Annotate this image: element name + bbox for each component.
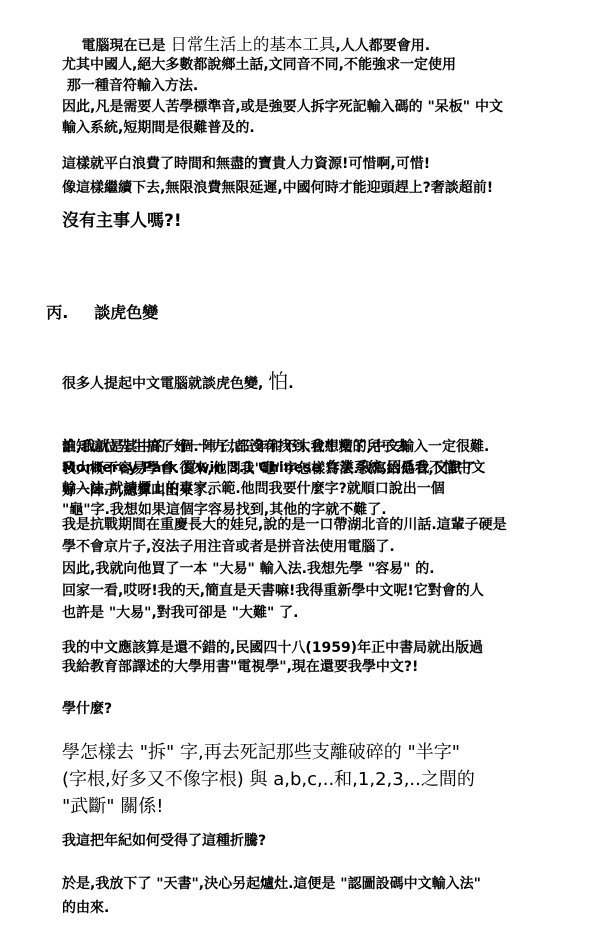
intro-segment-3: ,人人都要會用. [335, 38, 430, 54]
paragraph-dialects: 尤其中國人,絕大多數都說鄉土話,文同音不同,不能強求一定使用 那一種音符輸入方法… [62, 55, 503, 139]
text-line: 尤其中國人,絕大多數都說鄉土話,文同音不同,不能強求一定使用 [62, 55, 503, 76]
fear-big-char: 怕 [268, 369, 288, 393]
paragraph-chinese-level: 我的中文應該算是還不錯的,民國四十八(1959)年正中書局就出版過我給教育部譯述… [62, 639, 483, 677]
text-line: "武斷" 關係! [62, 793, 475, 820]
text-line: 回家一看,哎呀!我的天,簡直是天書嘛!我得重新學中文呢!它對會的人 [62, 580, 507, 602]
text-line: 我給教育部譯述的大學用書"電視學",現在還要我學中文?! [62, 658, 483, 677]
paragraph-turtle: 誰知這位先生搞了好一陣子,都沒有找到.我想糟了,中文輸入一定很難.我大概不容易學… [62, 436, 489, 502]
text-line: 我是抗戰期間在重慶長大的娃兒,說的是一口帶湖北音的川話.這輩子硬是 [62, 514, 507, 536]
paragraph-chongqing: 我是抗戰期間在重慶長大的娃兒,說的是一口帶湖北音的川話.這輩子硬是學不會京片子,… [62, 514, 507, 624]
fear-segment-1: 很多人提起中文電腦就談虎色變, [62, 376, 268, 392]
document-page: 電腦現在已是 日常生活上的基本工具,人人都要會用. 尤其中國人,絕大多數都說鄉土… [0, 0, 607, 928]
text-line: 好一陣子,總算叫出來了. [62, 480, 489, 502]
text-line: 因此,凡是需要人苦學標準音,或是強要人拆字死記輸入碼的 "呆板" 中文 [62, 97, 503, 118]
paragraph-no-leader: 沒有主事人嗎?! [62, 211, 182, 232]
text-line: 學不會京片子,沒法子用注音或者是拼音法使用電腦了. [62, 536, 507, 558]
text-line: 我大概不容易學會.後來,他問我"龜"字怎樣寫法.我寫給他看,又試了 [62, 458, 489, 480]
paragraph-waste: 這樣就平白浪費了時間和無盡的寶貴人力資源!可惜啊,可惜!像這樣繼續下去,無限浪費… [62, 152, 493, 200]
text-line: 也許是 "大易",對我可卻是 "大難" 了. [62, 602, 507, 624]
text-line: 很多人提起中文電腦就談虎色變, 怕. [62, 371, 485, 395]
text-line: 我的中文應該算是還不錯的,民國四十八(1959)年正中書局就出版過 [62, 639, 483, 658]
text-line: 於是,我放下了 "天書",決心另起爐灶.這便是 "認圖設碼中文輸入法" [62, 872, 481, 896]
text-line: 的由來. [62, 896, 481, 920]
text-line: 輸入系統,短期間是很難普及的. [62, 118, 503, 139]
intro-segment-2: 日常生活上的基本工具 [170, 35, 335, 54]
text-line: 誰知這位先生搞了好一陣子,都沒有找到.我想糟了,中文輸入一定很難. [62, 436, 489, 458]
section-marker: 丙. [46, 302, 94, 323]
text-line: 像這樣繼續下去,無限浪費無限延遲,中國何時才能迎頭趕上?奢談超前! [62, 176, 493, 200]
fear-segment-3: . [288, 376, 293, 392]
section-title: 談虎色變 [94, 303, 158, 322]
text-line: 因此,我就向他買了一本 "大易" 輸入法.我想先學 "容易" 的. [62, 558, 507, 580]
paragraph-split-characters: 學怎樣去 "拆" 字,再去死記那些支離破碎的 "半字"(字根,好多又不像字根) … [62, 739, 475, 820]
text-line: 這樣就平白浪費了時間和無盡的寶貴人力資源!可惜啊,可惜! [62, 152, 493, 176]
text-line: (字根,好多又不像字根) 與 a,b,c,..和,1,2,3,..之間的 [62, 766, 475, 793]
text-line: 那一種音符輸入方法. [62, 76, 503, 97]
intro-segment-1: 電腦現在已是 [82, 38, 171, 54]
paragraph-origin: 於是,我放下了 "天書",決心另起爐灶.這便是 "認圖設碼中文輸入法"的由來. [62, 872, 481, 920]
paragraph-learn-what: 學什麼? [62, 699, 112, 720]
paragraph-age: 我這把年紀如何受得了這種折騰? [62, 831, 266, 852]
text-line: 學怎樣去 "拆" 字,再去死記那些支離破碎的 "半字" [62, 739, 475, 766]
